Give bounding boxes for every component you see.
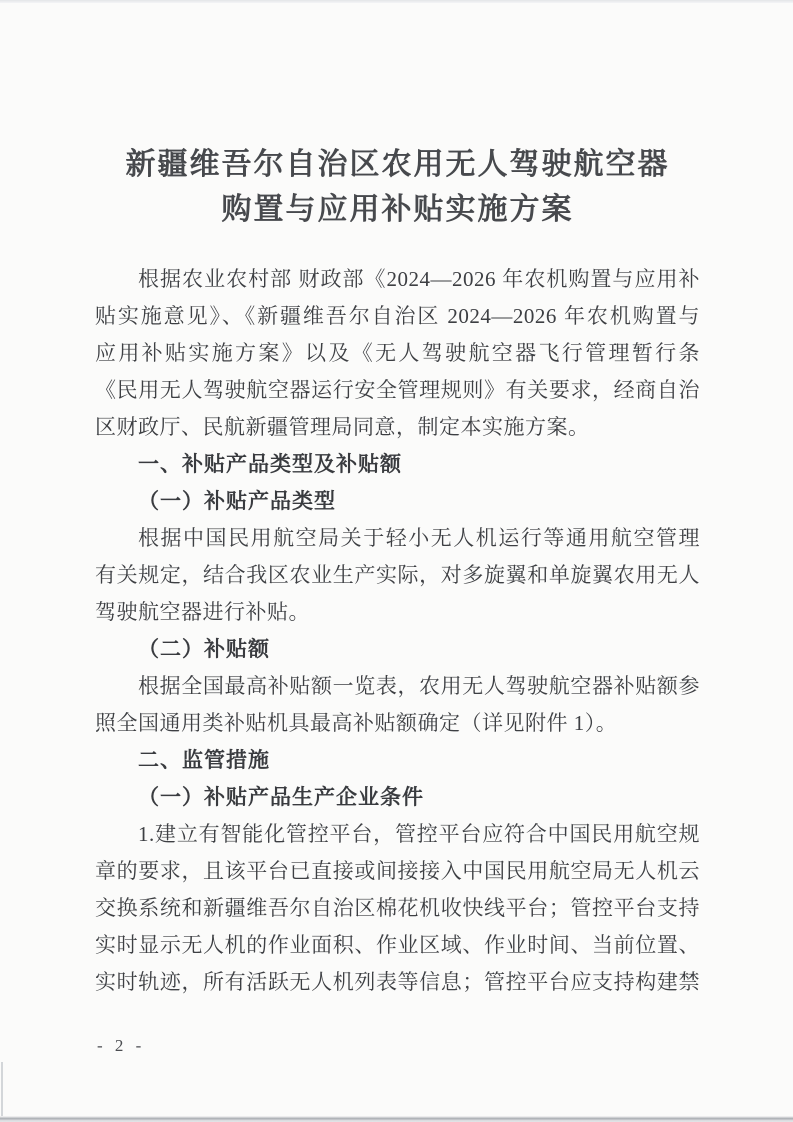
document-page: 新疆维吾尔自治区农用无人驾驶航空器 购置与应用补贴实施方案 根据农业农村部 财政… <box>0 0 793 1122</box>
document-title-line-1: 新疆维吾尔自治区农用无人驾驶航空器 <box>95 142 700 187</box>
sub-heading: （二）补贴额 <box>95 631 700 668</box>
sub-heading: （一）补贴产品生产企业条件 <box>95 779 700 816</box>
section-heading: 一、补贴产品类型及补贴额 <box>95 446 700 483</box>
paragraph-line: 贴实施意见》、《新疆维吾尔自治区 2024—2026 年农机购置与 <box>95 298 700 335</box>
scan-edge-left <box>1 1062 3 1122</box>
paragraph-line: 应用补贴实施方案》以及《无人驾驶航空器飞行管理暂行条例》、 <box>95 335 700 372</box>
document-title-line-2: 购置与应用补贴实施方案 <box>95 187 700 232</box>
document-content: 新疆维吾尔自治区农用无人驾驶航空器 购置与应用补贴实施方案 根据农业农村部 财政… <box>95 0 700 1001</box>
paragraph-line: 有关规定，结合我区农业生产实际，对多旋翼和单旋翼农用无人 <box>95 557 700 594</box>
document-title: 新疆维吾尔自治区农用无人驾驶航空器 购置与应用补贴实施方案 <box>95 142 700 232</box>
paragraph-line: 根据全国最高补贴额一览表，农用无人驾驶航空器补贴额参 <box>95 668 700 705</box>
page-number: - 2 - <box>97 1036 145 1056</box>
paragraph-line: 实时轨迹，所有活跃无人机列表等信息；管控平台应支持构建禁 <box>95 964 700 1001</box>
paragraph-line: 实时显示无人机的作业面积、作业区域、作业时间、当前位置、 <box>95 927 700 964</box>
paragraph-line: 根据农业农村部 财政部《2024—2026 年农机购置与应用补 <box>95 261 700 298</box>
paragraph-line: 区财政厅、民航新疆管理局同意，制定本实施方案。 <box>95 409 700 446</box>
scan-edge-bottom <box>0 1116 793 1122</box>
paragraph-line: 1.建立有智能化管控平台，管控平台应符合中国民用航空规 <box>95 816 700 853</box>
sub-heading: （一）补贴产品类型 <box>95 483 700 520</box>
paragraph-line: 《民用无人驾驶航空器运行安全管理规则》有关要求，经商自治 <box>95 372 700 409</box>
paragraph-line: 驾驶航空器进行补贴。 <box>95 594 700 631</box>
paragraph-line: 章的要求，且该平台已直接或间接接入中国民用航空局无人机云 <box>95 853 700 890</box>
paragraph-line: 照全国通用类补贴机具最高补贴额确定（详见附件 1）。 <box>95 705 700 742</box>
paragraph-line: 交换系统和新疆维吾尔自治区棉花机收快线平台；管控平台支持 <box>95 890 700 927</box>
paragraph-line: 根据中国民用航空局关于轻小无人机运行等通用航空管理 <box>95 520 700 557</box>
document-body: 根据农业农村部 财政部《2024—2026 年农机购置与应用补贴实施意见》、《新… <box>95 261 700 1001</box>
section-heading: 二、监管措施 <box>95 742 700 779</box>
